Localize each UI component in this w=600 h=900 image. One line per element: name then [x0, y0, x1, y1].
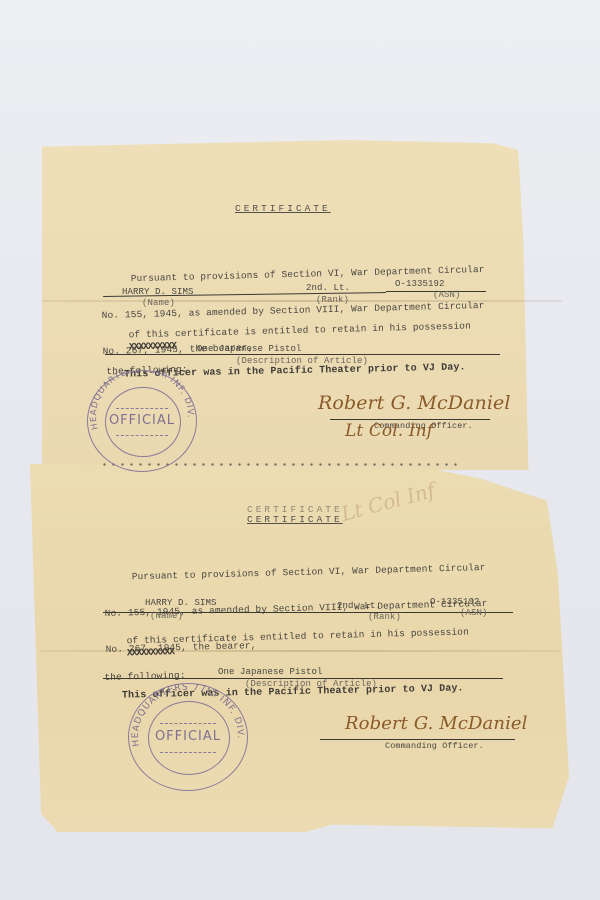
name-label: (Name)	[150, 610, 183, 622]
struck-out-text: XXXXXXXXXX	[127, 646, 174, 658]
official-stamp: OFFICIAL HEADQUARTERS 77th INF. DIV.	[128, 683, 248, 791]
certificate-2: CERTIFICATE CERTIFICATE Pursuant to prov…	[0, 0, 600, 900]
bearer-name: HARRY D. SIMS	[145, 597, 217, 609]
certificate-title: CERTIFICATE	[247, 514, 343, 526]
signature: Robert G. McDaniel	[345, 718, 528, 730]
signature-title: Commanding Officer.	[385, 740, 484, 752]
svg-text:HEADQUARTERS 77th INF. DIV.: HEADQUARTERS 77th INF. DIV.	[131, 684, 245, 747]
article-description: One Japanese Pistol	[218, 666, 323, 678]
stamp-ring-text-icon: HEADQUARTERS 77th INF. DIV.	[129, 684, 247, 790]
